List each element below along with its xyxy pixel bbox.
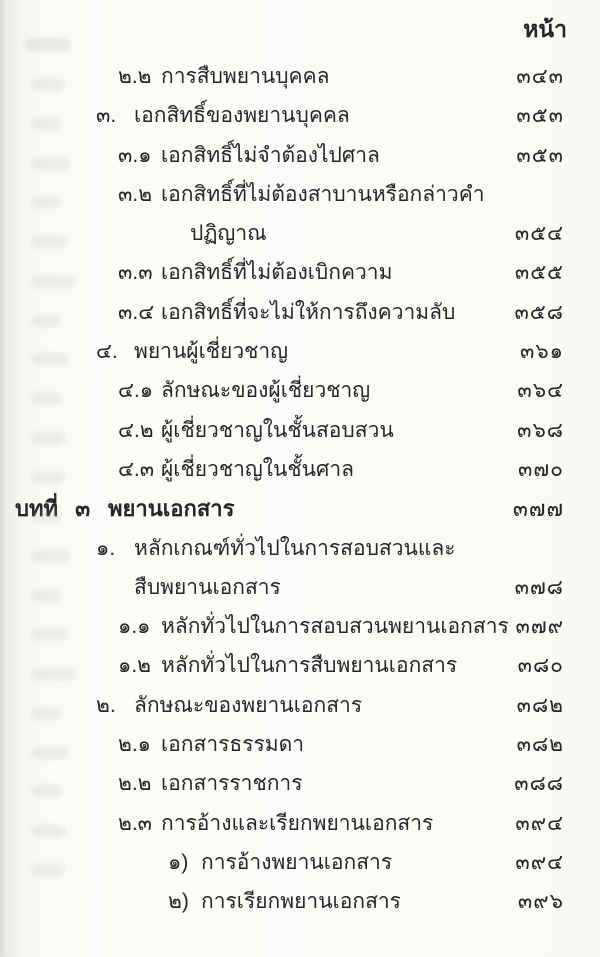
entry-number: บทที่ ๓ <box>15 493 90 524</box>
page-number: ๓๕๓ <box>484 100 564 131</box>
toc-entry: ๓.เอกสิทธิ์ของพยานบุคคล๓๕๓ <box>0 96 600 135</box>
entry-title: ปฏิญาณ <box>190 218 267 249</box>
entry-title: เอกสารธรรมดา <box>161 729 304 760</box>
toc-entry: ๒.๒เอกสารราชการ๓๘๘ <box>0 764 600 803</box>
page-number: ๓๘๒ <box>484 729 564 760</box>
entry-number: ๔. <box>96 336 118 367</box>
page-number: ๓๔๓ <box>484 61 564 92</box>
page-number: ๓๖๔ <box>484 375 564 406</box>
entry-title: การเรียกพยานเอกสาร <box>201 886 401 917</box>
toc-entry: สืบพยานเอกสาร๓๗๘ <box>0 568 600 607</box>
toc-entry: ๓.๒เอกสิทธิ์ที่ไม่ต้องสาบานหรือกล่าวคำ <box>0 175 600 214</box>
toc-entry: ๑.๒หลักทั่วไปในการสืบพยานเอกสาร๓๘๐ <box>0 646 600 685</box>
entry-title: การสืบพยานบุคคล <box>161 61 330 92</box>
toc-entry: ๑.หลักเกณฑ์ทั่วไปในการสอบสวนและ <box>0 529 600 568</box>
showthrough-mark <box>25 38 71 51</box>
entry-title: การอ้างพยานเอกสาร <box>201 847 392 878</box>
entry-title: การอ้างและเรียกพยานเอกสาร <box>161 808 433 839</box>
entry-title: ผู้เชี่ยวชาญในชั้นศาล <box>161 454 354 485</box>
entry-number: ๑) <box>168 847 188 878</box>
page-number: ๓๖๘ <box>484 415 564 446</box>
entry-number: ๒.๒ <box>118 768 152 799</box>
page-number: ๓๖๑ <box>484 336 564 367</box>
entry-number: ๓. <box>96 100 116 131</box>
page-number: ๓๕๓ <box>484 140 564 171</box>
toc-entry: ๒)การเรียกพยานเอกสาร๓๙๖ <box>0 882 600 921</box>
page-number: ๓๘๘ <box>484 768 564 799</box>
page-number: ๓๗๐ <box>484 454 564 485</box>
entry-number: ๑.๑ <box>118 611 151 642</box>
entry-number: ๔.๒ <box>118 415 154 446</box>
entry-number: ๒.๒ <box>118 61 152 92</box>
entry-title: ลักษณะของพยานเอกสาร <box>134 690 362 721</box>
toc-entry: ๒.๒การสืบพยานบุคคล๓๔๓ <box>0 57 600 96</box>
toc-entry: ๓.๔เอกสิทธิ์ที่จะไม่ให้การถึงความลับ๓๕๘ <box>0 293 600 332</box>
entry-number: ๔.๑ <box>118 375 153 406</box>
entry-number: ๓.๑ <box>118 140 152 171</box>
page-number: ๓๙๔ <box>484 847 564 878</box>
page-number: ๓๗๙ <box>484 611 564 642</box>
entry-number: ๓.๓ <box>118 257 153 288</box>
toc-entry: ปฏิญาณ๓๕๔ <box>0 214 600 253</box>
entry-title: เอกสิทธิ์ของพยานบุคคล <box>134 100 350 131</box>
page-number: ๓๘๐ <box>484 650 564 681</box>
entry-title: เอกสิทธิ์ที่ไม่ต้องเบิกความ <box>161 257 392 288</box>
toc-entry: ๔.พยานผู้เชี่ยวชาญ๓๖๑ <box>0 332 600 371</box>
entry-title: เอกสิทธิ์ไม่จำต้องไปศาล <box>161 140 380 171</box>
entry-title: ผู้เชี่ยวชาญในชั้นสอบสวน <box>161 415 394 446</box>
page-number: ๓๙๔ <box>484 808 564 839</box>
entry-title: เอกสิทธิ์ที่ไม่ต้องสาบานหรือกล่าวคำ <box>161 179 485 210</box>
entry-title: พยานเอกสาร <box>108 493 234 524</box>
toc-entry: บทที่ ๓พยานเอกสาร๓๗๗ <box>0 489 600 528</box>
page-number: ๓๗๗ <box>484 493 564 524</box>
toc-list: ๒.๒การสืบพยานบุคคล๓๔๓๓.เอกสิทธิ์ของพยานบ… <box>0 57 600 922</box>
toc-entry: ๑)การอ้างพยานเอกสาร๓๙๔ <box>0 843 600 882</box>
toc-entry: ๔.๒ผู้เชี่ยวชาญในชั้นสอบสวน๓๖๘ <box>0 411 600 450</box>
toc-entry: ๓.๑เอกสิทธิ์ไม่จำต้องไปศาล๓๕๓ <box>0 136 600 175</box>
toc-entry: ๔.๓ผู้เชี่ยวชาญในชั้นศาล๓๗๐ <box>0 450 600 489</box>
page-number: ๓๘๒ <box>484 690 564 721</box>
entry-number: ๒.๑ <box>118 729 151 760</box>
entry-title: ลักษณะของผู้เชี่ยวชาญ <box>161 375 370 406</box>
entry-number: ๒) <box>168 886 189 917</box>
entry-title: สืบพยานเอกสาร <box>134 572 281 603</box>
entry-title: หลักเกณฑ์ทั่วไปในการสอบสวนและ <box>134 533 456 564</box>
page-number: ๓๕๘ <box>484 297 564 328</box>
page-number: ๓๗๘ <box>484 572 564 603</box>
toc-entry: ๑.๑หลักทั่วไปในการสอบสวนพยานเอกสาร๓๗๙ <box>0 607 600 646</box>
entry-number: ๒.๓ <box>118 808 152 839</box>
page-number: ๓๕๕ <box>484 257 564 288</box>
toc-entry: ๒.๓การอ้างและเรียกพยานเอกสาร๓๙๔ <box>0 804 600 843</box>
toc-entry: ๒.๑เอกสารธรรมดา๓๘๒ <box>0 725 600 764</box>
entry-number: ๓.๒ <box>118 179 152 210</box>
entry-number: ๔.๓ <box>118 454 154 485</box>
entry-number: ๒. <box>96 690 116 721</box>
toc-entry: ๒.ลักษณะของพยานเอกสาร๓๘๒ <box>0 686 600 725</box>
entry-number: ๑.๒ <box>118 650 151 681</box>
page-number: ๓๙๖ <box>484 886 564 917</box>
page-number: ๓๕๔ <box>484 218 564 249</box>
entry-number: ๑. <box>96 533 115 564</box>
toc-entry: ๔.๑ลักษณะของผู้เชี่ยวชาญ๓๖๔ <box>0 371 600 410</box>
entry-title: พยานผู้เชี่ยวชาญ <box>134 336 288 367</box>
entry-title: เอกสิทธิ์ที่จะไม่ให้การถึงความลับ <box>161 297 455 328</box>
entry-title: เอกสารราชการ <box>161 768 303 799</box>
book-page: หน้า ๒.๒การสืบพยานบุคคล๓๔๓๓.เอกสิทธิ์ของ… <box>0 0 600 957</box>
entry-title: หลักทั่วไปในการสอบสวนพยานเอกสาร <box>161 611 509 642</box>
entry-title: หลักทั่วไปในการสืบพยานเอกสาร <box>161 650 457 681</box>
entry-number: ๓.๔ <box>118 297 154 328</box>
page-column-header: หน้า <box>523 14 567 44</box>
toc-entry: ๓.๓เอกสิทธิ์ที่ไม่ต้องเบิกความ๓๕๕ <box>0 253 600 292</box>
